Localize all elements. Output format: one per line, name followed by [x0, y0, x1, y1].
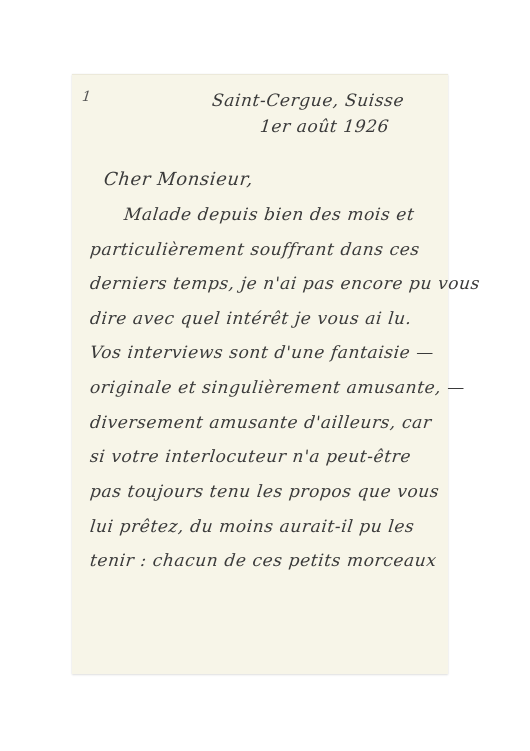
body-line: derniers temps, je n'ai pas encore pu vo… [89, 274, 481, 294]
letter-salutation: Cher Monsieur, [103, 169, 254, 190]
body-line: diversement amusante d'ailleurs, car [89, 413, 433, 433]
body-line: si votre interlocuteur n'a peut-être [89, 447, 412, 467]
body-line: Vos interviews sont d'une fantaisie — [89, 343, 435, 363]
body-line: pas toujours tenu les propos que vous [89, 482, 440, 502]
body-line: particulièrement souffrant dans ces [89, 240, 421, 260]
body-line: originale et singulièrement amusante, — [89, 378, 466, 398]
letter-page: 1 Saint-Cergue, Suisse 1er août 1926 Che… [72, 74, 448, 674]
letter-place: Saint-Cergue, Suisse [211, 91, 405, 111]
body-line: tenir : chacun de ces petits morceaux [89, 551, 438, 571]
page-number-mark: 1 [81, 89, 92, 105]
letter-date: 1er août 1926 [259, 117, 390, 137]
body-line: dire avec quel intérêt je vous ai lu. [89, 309, 413, 329]
body-line: lui prêtez, du moins aurait-il pu les [89, 517, 415, 537]
body-line: Malade depuis bien des mois et [123, 205, 416, 225]
